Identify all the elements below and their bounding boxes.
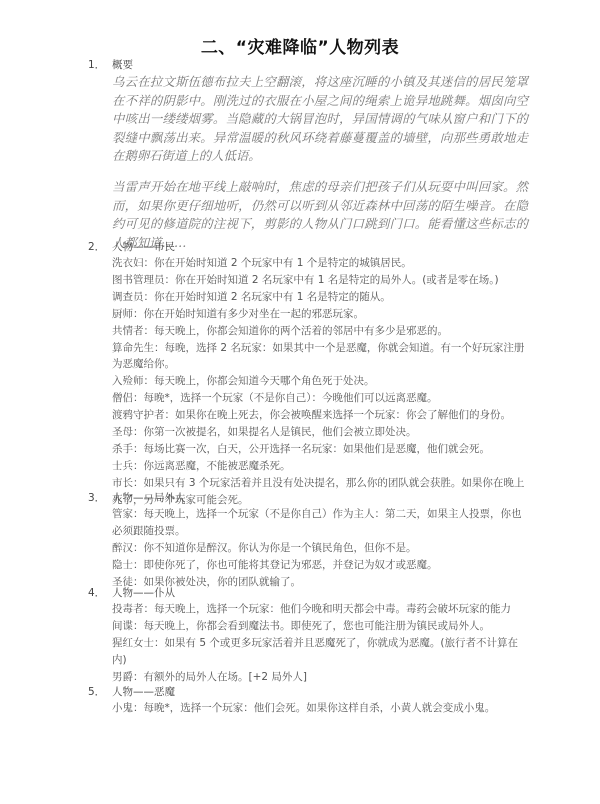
section-townsfolk: 2．人物——市民 洗衣妇：你在开始时知道 2 个玩家中有 1 个是特定的城镇居民… [88, 239, 528, 509]
character-entry: 小鬼：每晚*，选择一个玩家：他们会死。如果你这样自杀，小黄人就会变成小鬼。 [112, 700, 528, 717]
character-ability: 你在开始时知道 2 名玩家中有 1 名是特定的局外人。(或者是零在场。) [175, 274, 499, 286]
section-title: 人物——恶魔 [112, 686, 175, 698]
section-title: 人物——仆从 [112, 587, 175, 599]
character-entry: 入殓师：每天晚上，你都会知道今天哪个角色死于处决。 [112, 373, 528, 390]
section-demon: 5．人物——恶魔 小鬼：每晚*，选择一个玩家：他们会死。如果你这样自杀，小黄人就… [88, 684, 528, 717]
character-entry: 士兵：你远离恶魔，不能被恶魔杀死。 [112, 458, 528, 475]
section-number: 1． [88, 57, 112, 73]
character-ability: 每场比赛一次，白天，公开选择一名玩家：如果他们是恶魔，他们就会死。 [144, 443, 491, 455]
character-name: 隐士： [112, 559, 144, 571]
character-name: 间谍： [112, 620, 144, 632]
character-entry: 调查员：你在开始时知道 2 名玩家中有 1 名是特定的随从。 [112, 289, 528, 306]
section-heading: 1．概要 [88, 57, 528, 73]
character-entry: 管家：每天晚上，选择一个玩家（不是你自己）作为主人：第二天，如果主人投票，你也必… [112, 506, 528, 540]
character-ability: 每天晚上，你都会知道你的两个活着的邻居中有多少是邪恶的。 [154, 325, 448, 337]
character-ability: 有额外的局外人在场。[+2 局外人] [144, 671, 308, 683]
character-name: 小鬼： [112, 702, 144, 714]
character-entry: 厨师：你在开始时知道有多少对坐在一起的邪恶玩家。 [112, 306, 528, 323]
character-ability: 每天晚上，选择一个玩家：他们今晚和明天都会中毒。毒药会破坏玩家的能力 [154, 603, 511, 615]
character-ability: 每晚，选择 2 名玩家：如果其中一个是恶魔，你就会知道。有一个好玩家注册为恶魔给… [112, 342, 524, 371]
character-name: 投毒者： [112, 603, 154, 615]
character-ability: 你在开始时知道有多少对坐在一起的邪恶玩家。 [144, 308, 365, 320]
character-name: 入殓师： [112, 375, 154, 387]
character-ability: 如果有 5 个或更多玩家活着并且恶魔死了，你就成为恶魔。(旅行者不计算在内) [112, 637, 518, 666]
character-ability: 每晚*，选择一个玩家（不是你自己）：今晚他们可以远离恶魔。 [144, 392, 438, 404]
section-overview: 1．概要 乌云在拉文斯伍德布拉夫上空翻滚，将这座沉睡的小镇及其迷信的居民笼罩在不… [88, 57, 528, 252]
character-name: 管家： [112, 508, 144, 520]
character-name: 醉汉： [112, 542, 144, 554]
character-name: 士兵： [112, 460, 144, 472]
character-name: 调查员： [112, 291, 154, 303]
character-ability: 每天晚上，你都会知道今天哪个角色死于处决。 [154, 375, 375, 387]
section-heading: 5．人物——恶魔 [88, 684, 528, 700]
character-entry: 共情者：每天晚上，你都会知道你的两个活着的邻居中有多少是邪恶的。 [112, 323, 528, 340]
section-number: 3． [88, 490, 112, 506]
section-outsiders: 3．人物——局外人 管家：每天晚上，选择一个玩家（不是你自己）作为主人：第二天，… [88, 490, 528, 591]
character-name: 厨师： [112, 308, 144, 320]
character-name: 算命先生： [112, 342, 165, 354]
section-heading: 2．人物——市民 [88, 239, 528, 255]
character-name: 圣母： [112, 426, 144, 438]
section-heading: 3．人物——局外人 [88, 490, 528, 506]
section-number: 4． [88, 585, 112, 601]
document-page: 二、“灾难降临”人物列表 1．概要 乌云在拉文斯伍德布拉夫上空翻滚，将这座沉睡的… [0, 0, 600, 804]
character-entry: 杀手：每场比赛一次，白天，公开选择一名玩家：如果他们是恶魔，他们就会死。 [112, 441, 528, 458]
section-number: 5． [88, 684, 112, 700]
character-name: 共情者： [112, 325, 154, 337]
character-entry: 投毒者：每天晚上，选择一个玩家：他们今晚和明天都会中毒。毒药会破坏玩家的能力 [112, 601, 528, 618]
character-entry: 醉汉：你不知道你是醉汉。你认为你是一个镇民角色，但你不是。 [112, 540, 528, 557]
character-entry: 圣母：你第一次被提名，如果提名人是镇民，他们会被立即处决。 [112, 424, 528, 441]
character-ability: 即使你死了，你也可能将其登记为邪恶，并登记为奴才或恶魔。 [144, 559, 438, 571]
page-title: 二、“灾难降临”人物列表 [0, 33, 600, 58]
character-name: 男爵： [112, 671, 144, 683]
character-name: 僧侣： [112, 392, 144, 404]
section-number: 2． [88, 239, 112, 255]
character-name: 洗衣妇： [112, 257, 154, 269]
character-name: 猩红女士： [112, 637, 165, 649]
character-ability: 你在开始时知道 2 名玩家中有 1 名是特定的随从。 [154, 291, 391, 303]
character-name: 图书管理员： [112, 274, 175, 286]
section-title: 人物——市民 [112, 241, 175, 253]
character-ability: 你不知道你是醉汉。你认为你是一个镇民角色，但你不是。 [144, 542, 417, 554]
character-name: 杀手： [112, 443, 144, 455]
character-ability: 每天晚上，选择一个玩家（不是你自己）作为主人：第二天，如果主人投票，你也必须跟随… [112, 508, 522, 537]
section-title: 人物——局外人 [112, 492, 186, 504]
character-entry: 渡鸦守护者：如果你在晚上死去，你会被唤醒来选择一个玩家：你会了解他们的身份。 [112, 407, 528, 424]
character-entry: 男爵：有额外的局外人在场。[+2 局外人] [112, 669, 528, 686]
overview-paragraph: 乌云在拉文斯伍德布拉夫上空翻滚，将这座沉睡的小镇及其迷信的居民笼罩在不祥的阴影中… [112, 73, 528, 166]
section-title: 概要 [112, 59, 133, 71]
character-ability: 每天晚上，你都会看到魔法书。即使死了，您也可能注册为镇民或局外人。 [144, 620, 491, 632]
character-entry: 间谍：每天晚上，你都会看到魔法书。即使死了，您也可能注册为镇民或局外人。 [112, 618, 528, 635]
character-name: 市长： [112, 477, 144, 489]
character-name: 渡鸦守护者： [112, 409, 175, 421]
character-entry: 僧侣：每晚*，选择一个玩家（不是你自己）：今晚他们可以远离恶魔。 [112, 390, 528, 407]
section-heading: 4．人物——仆从 [88, 585, 528, 601]
character-entry: 隐士：即使你死了，你也可能将其登记为邪恶，并登记为奴才或恶魔。 [112, 557, 528, 574]
character-ability: 每晚*，选择一个玩家：他们会死。如果你这样自杀，小黄人就会变成小鬼。 [144, 702, 496, 714]
character-ability: 如果你在晚上死去，你会被唤醒来选择一个玩家：你会了解他们的身份。 [175, 409, 511, 421]
character-entry: 图书管理员：你在开始时知道 2 名玩家中有 1 名是特定的局外人。(或者是零在场… [112, 272, 528, 289]
character-ability: 你在开始时知道 2 个玩家中有 1 个是特定的城镇居民。 [154, 257, 412, 269]
section-minions: 4．人物——仆从 投毒者：每天晚上，选择一个玩家：他们今晚和明天都会中毒。毒药会… [88, 585, 528, 686]
character-entry: 算命先生：每晚，选择 2 名玩家：如果其中一个是恶魔，你就会知道。有一个好玩家注… [112, 340, 528, 374]
character-ability: 你远离恶魔，不能被恶魔杀死。 [144, 460, 291, 472]
character-ability: 你第一次被提名，如果提名人是镇民，他们会被立即处决。 [144, 426, 417, 438]
character-entry: 猩红女士：如果有 5 个或更多玩家活着并且恶魔死了，你就成为恶魔。(旅行者不计算… [112, 635, 528, 669]
character-entry: 洗衣妇：你在开始时知道 2 个玩家中有 1 个是特定的城镇居民。 [112, 255, 528, 272]
